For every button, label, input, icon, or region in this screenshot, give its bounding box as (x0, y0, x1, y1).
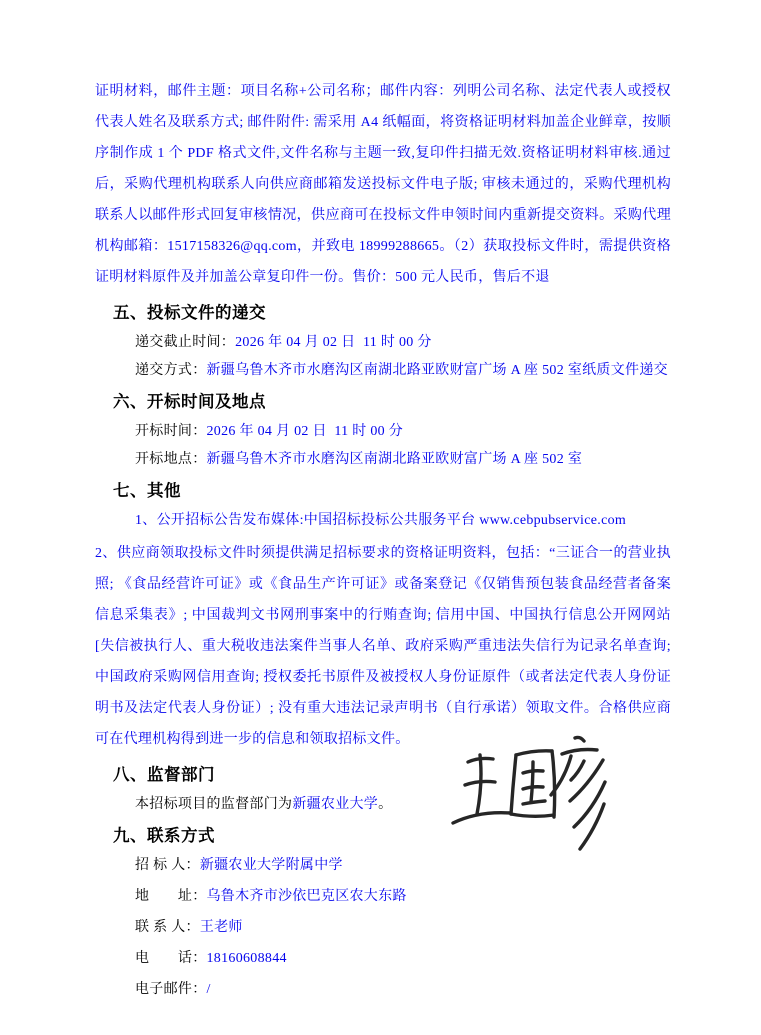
section-7-heading: 七、其他 (113, 480, 671, 502)
bid-opening-place-row: 开标地点：新疆乌鲁木齐市水磨沟区南湖北路亚欧财富广场 A 座 502 室 (135, 449, 671, 471)
section-8-heading: 八、监督部门 (113, 764, 671, 786)
supervision-text: 本招标项目的监督部门为 (135, 797, 292, 812)
phone-label: 电 话： (135, 951, 207, 966)
phone-value: 18160608844 (207, 951, 287, 966)
document-page: 证明材料，邮件主题：项目名称+公司名称；邮件内容：列明公司名称、法定代表人或授权… (0, 0, 761, 1035)
bid-opening-place-value: 新疆乌鲁木齐市水磨沟区南湖北路亚欧财富广场 A 座 502 室 (207, 452, 583, 467)
announcement-media-line: 1、公开招标公告发布媒体:中国招标投标公共服务平台 www.cebpubserv… (135, 510, 671, 532)
section-9-heading: 九、联系方式 (113, 825, 671, 847)
bid-opening-time-value: 2026 年 04 月 02 日 11 时 00 分 (207, 424, 404, 439)
bid-opening-time-row: 开标时间：2026 年 04 月 02 日 11 时 00 分 (135, 421, 671, 443)
email-value: / (207, 982, 211, 997)
contact-person-value: 王老师 (200, 920, 243, 935)
submission-deadline-value: 2026 年 04 月 02 日 11 时 00 分 (235, 335, 432, 350)
supervision-department: 新疆农业大学 (292, 797, 378, 812)
bid-opening-time-label: 开标时间： (135, 424, 207, 439)
submission-deadline-row: 递交截止时间：2026 年 04 月 02 日 11 时 00 分 (135, 332, 671, 354)
tenderer-label: 招 标 人： (135, 858, 200, 873)
bid-opening-place-label: 开标地点： (135, 452, 207, 467)
supervision-line: 本招标项目的监督部门为新疆农业大学。 (135, 794, 671, 816)
document-content: 证明材料，邮件主题：项目名称+公司名称；邮件内容：列明公司名称、法定代表人或授权… (95, 76, 671, 1010)
submission-method-value: 新疆乌鲁木齐市水磨沟区南湖北路亚欧财富广场 A 座 502 室纸质文件递交 (207, 363, 668, 378)
address-row: 地 址：乌鲁木齐市沙依巴克区农大东路 (135, 886, 671, 908)
email-label: 电子邮件： (135, 982, 207, 997)
submission-method-row: 递交方式：新疆乌鲁木齐市水磨沟区南湖北路亚欧财富广场 A 座 502 室纸质文件… (135, 360, 671, 382)
contact-person-row: 联 系 人：王老师 (135, 917, 671, 939)
submission-deadline-label: 递交截止时间： (135, 335, 235, 350)
address-value: 乌鲁木齐市沙依巴克区农大东路 (207, 889, 407, 904)
section-5-heading: 五、投标文件的递交 (113, 302, 671, 324)
qualification-requirements-paragraph: 2、供应商领取投标文件时须提供满足招标要求的资格证明资料，包括：“三证合一的营业… (95, 538, 671, 755)
phone-row: 电 话：18160608844 (135, 948, 671, 970)
email-row: 电子邮件：/ (135, 979, 671, 1001)
supervision-period: 。 (378, 797, 392, 812)
contact-person-label: 联 系 人： (135, 920, 200, 935)
tenderer-row: 招 标 人：新疆农业大学附属中学 (135, 855, 671, 877)
tenderer-value: 新疆农业大学附属中学 (200, 858, 343, 873)
section-6-heading: 六、开标时间及地点 (113, 391, 671, 413)
submission-method-label: 递交方式： (135, 363, 207, 378)
intro-paragraph: 证明材料，邮件主题：项目名称+公司名称；邮件内容：列明公司名称、法定代表人或授权… (95, 76, 671, 293)
address-label: 地 址： (135, 889, 207, 904)
